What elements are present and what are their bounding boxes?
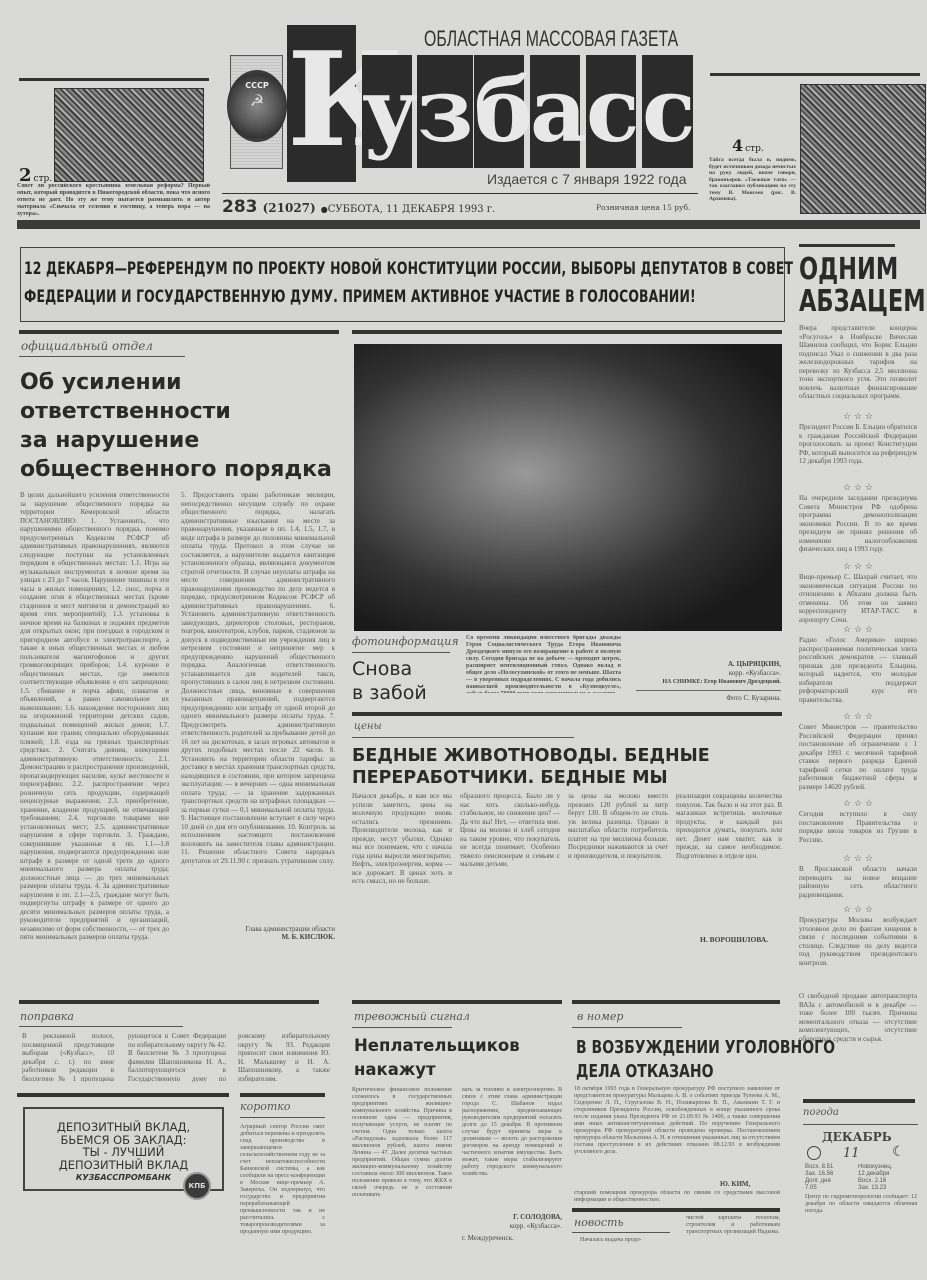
ad-top-rule — [17, 1093, 229, 1097]
masthead-subtitle: ОБЛАСТНАЯ МАССОВАЯ ГАЗЕТА — [424, 26, 678, 52]
correction-rubric: поправка — [20, 1010, 74, 1023]
retail-price: Розничная цена 15 руб. — [596, 203, 690, 212]
masthead-date-rule — [222, 193, 698, 194]
miner-photo[interactable] — [354, 344, 782, 631]
sidebar-item: Прокуратура Москвы возбуждает уголовное … — [799, 916, 917, 986]
sidebar-one-paragraph: ОДНИМ АБЗАЦЕМ Вчера представители концер… — [795, 240, 921, 1040]
news-rubric-rule — [572, 1232, 670, 1233]
teaser-left-text: Совет ли российского крестьянина земельн… — [17, 183, 210, 223]
news-text-left: Началась выдача продо- — [580, 1236, 678, 1246]
prices-column-2: образного процесса. Было ли у нас хоть с… — [460, 792, 560, 952]
sun-icon — [807, 1146, 821, 1160]
prices-rubric: цены — [354, 721, 382, 732]
teaser-left-rule — [19, 78, 209, 81]
warning-top-rule — [352, 1000, 562, 1004]
official-rubric: официальный отдел — [21, 339, 153, 353]
correction-column-1: В рекламной полосе, посвященной предстоя… — [22, 1032, 114, 1082]
warning-column-2: вать за топливо и электроэнергию. В связ… — [462, 1087, 562, 1217]
teaser-right-text: Тайга всегда была и, видимо, будет источ… — [709, 157, 796, 217]
sidebar-item: В Ярославской области начали переводить … — [799, 865, 917, 905]
title-letter-b: б — [474, 55, 524, 168]
title-letter-k: К — [287, 25, 356, 182]
briefly-top-rule — [240, 1093, 325, 1097]
kuzbassprombank-logo-icon: КПБ — [183, 1172, 211, 1200]
stars-separator-icon: ☆ ☆ ☆ — [799, 625, 917, 636]
official-top-rule — [19, 330, 339, 334]
photo-story-text: Со времени ликвидации известного бригады… — [466, 635, 621, 693]
stars-separator-icon: ☆ ☆ ☆ — [799, 854, 917, 865]
weather-rubric-rule — [803, 1124, 918, 1125]
warning-headline: Неплательщиков накажут — [354, 1034, 520, 1082]
sidebar-top-rule — [799, 244, 895, 247]
moon-icon: ☾ — [892, 1144, 905, 1160]
sidebar-item: Президент России Б. Ельцин обратился к г… — [799, 423, 917, 483]
title-letter-z: з — [417, 55, 473, 168]
title-letter-a: а — [530, 55, 580, 168]
stars-separator-icon: ☆ ☆ ☆ — [799, 712, 917, 723]
sidebar-item: На очередном заседании президиума Совета… — [799, 494, 917, 562]
stars-separator-icon: ☆ ☆ ☆ — [799, 483, 917, 494]
in-room-text: 18 октября 1993 года в Генеральную проку… — [574, 1086, 780, 1176]
stars-separator-icon: ☆ ☆ ☆ — [799, 905, 917, 916]
referendum-banner: 12 ДЕКАБРЯ—РЕФЕРЕНДУМ ПО ПРОЕКТУ НОВОЙ К… — [20, 247, 785, 322]
news-top-rule — [572, 1208, 780, 1212]
teaser-right-illustration[interactable] — [800, 84, 926, 214]
in-room-rubric-rule — [572, 1027, 682, 1028]
weather-forecast: Центр по гидрометеорологии сообщает: 12 … — [805, 1194, 917, 1264]
prices-rubric-rule — [352, 737, 574, 738]
issue-total: (21027) — [263, 201, 316, 215]
briefly-text: Аграрный сектор России смог добиться пер… — [240, 1124, 325, 1236]
official-column-2: 5. Предоставить право работникам милиции… — [181, 491, 335, 921]
issue-date: СУББОТА, 11 ДЕКАБРЯ 1993 г. — [328, 204, 495, 215]
stars-separator-icon: ☆ ☆ ☆ — [799, 562, 917, 573]
in-room-top-rule — [572, 1000, 780, 1004]
sidebar-item: Вчера представители концерна «Росуголь» … — [799, 324, 917, 412]
prices-headline: БЕДНЫЕ ЖИВОТНОВОДЫ. БЕДНЫЕ ПЕРЕРАБОТЧИКИ… — [352, 745, 710, 789]
weather-day: 11 — [843, 1146, 860, 1161]
order-of-lenin-icon: СССР ☭ — [227, 70, 287, 142]
masthead-bottom-rule — [17, 220, 920, 229]
issue-line: 283 (21027) ●СУББОТА, 11 ДЕКАБРЯ 1993 г. — [222, 197, 495, 217]
correction-column-3: ровскому избирательному округу № 93. Ред… — [238, 1032, 330, 1082]
warning-rubric-rule — [352, 1027, 452, 1028]
bullet-icon: ● — [321, 205, 328, 214]
teaser-left-illustration[interactable] — [54, 88, 204, 182]
title-letter-u: у — [362, 55, 412, 168]
stars-separator-icon: ☆ ☆ ☆ — [799, 412, 917, 423]
banner-line-1: 12 ДЕКАБРЯ—РЕФЕРЕНДУМ ПО ПРОЕКТУ НОВОЙ К… — [24, 256, 793, 283]
official-signature: Глава администрации области М. Б. КИСЛЮК… — [190, 925, 335, 941]
teaser-right-page[interactable]: 4стр. — [732, 136, 764, 155]
photo-rubric-rule — [352, 652, 450, 653]
prices-column-4: реализации сокращены количества покупок.… — [676, 792, 782, 932]
warning-credits: Г. СОЛОДОВА, корр. «Кузбасса». г. Междур… — [462, 1213, 562, 1243]
sidebar-item: Совет Министров — правительство Российск… — [799, 723, 917, 799]
weather-moon-times: Новокузнец. 12 декабря Восх. 2.16 Зах. 1… — [858, 1164, 892, 1192]
correction-rubric-rule — [19, 1026, 183, 1027]
in-room-headline: В ВОЗБУЖДЕНИИ УГОЛОВНОГО ДЕЛА ОТКАЗАНО — [576, 1036, 835, 1084]
banner-line-2: ФЕДЕРАЦИИ И ГОСУДАРСТВЕННУЮ ДУМУ. ПРИМЕМ… — [24, 284, 696, 311]
news-rubric: новость — [574, 1216, 623, 1229]
correction-top-rule — [19, 1000, 319, 1004]
prices-top-rule — [352, 712, 782, 716]
sidebar-items: Вчера представители концерна «Росуголь» … — [799, 324, 917, 1052]
official-column-1: В целях дальнейшего усиления ответственн… — [20, 491, 169, 951]
sidebar-item: Вице-премьер С. Шахрай считает, что экон… — [799, 573, 917, 625]
sidebar-item: Радио «Голос Америки» широко распростран… — [799, 636, 917, 712]
photo-top-rule — [352, 330, 782, 334]
prices-column-3: за цены на молоко вместо прежних 120 руб… — [568, 792, 668, 952]
weather-sun-times: Восх. 8.51 Зах. 16.56 Долг. дня 7.05 — [805, 1164, 833, 1192]
in-room-rubric: в номер — [577, 1010, 623, 1023]
sidebar-headline-2: АБЗАЦЕМ — [799, 286, 926, 318]
prices-author: Н. ВОРОШИЛОВА. — [700, 935, 768, 944]
in-room-author: Ю. КИМ, — [720, 1180, 750, 1188]
official-headline: Об усилении ответственности за нарушение… — [20, 368, 332, 484]
sidebar-item: Сегодня вступило в силу постановление Пр… — [799, 810, 917, 854]
sidebar-headline-1: ОДНИМ — [799, 254, 898, 286]
prices-column-1: Начался декабрь, и вам все мы успели зам… — [352, 792, 452, 952]
news-text-right: чистой зарплаты геологам, строителям и р… — [686, 1215, 780, 1245]
warning-rubric: тревожный сигнал — [354, 1010, 470, 1023]
official-rubric-rule — [19, 356, 185, 357]
masthead: 2стр. Совет ли российского крестьянина з… — [0, 0, 927, 232]
stars-separator-icon: ☆ ☆ ☆ — [799, 799, 917, 810]
correction-column-2: рующегося в Совет Федерации по избирател… — [128, 1032, 226, 1082]
warning-column-1: Критическое финансовое положение сложило… — [352, 1087, 452, 1252]
masthead-since: Издается с 7 января 1922 года — [487, 171, 687, 187]
photo-headline: Снова в забой — [352, 657, 427, 705]
teaser-right-rule — [710, 73, 920, 76]
in-room-footnote: старший помощник прокурора области по св… — [574, 1190, 780, 1206]
briefly-rubric-rule — [240, 1117, 325, 1118]
weather-month: ДЕКАБРЬ — [822, 1130, 892, 1144]
photo-rubric: фотоинформация — [352, 635, 459, 648]
title-letter-s2: с — [642, 55, 693, 168]
weather-top-rule — [803, 1099, 915, 1103]
weather-rubric: погода — [803, 1107, 839, 1118]
photo-story-credits: А. ЦЫРЯЦКИН, корр. «Кузбасса». НА СНИМКЕ… — [636, 660, 781, 703]
title-letter-s1: с — [586, 55, 636, 168]
briefly-rubric: коротко — [240, 1100, 290, 1113]
issue-number: 283 — [222, 197, 258, 217]
